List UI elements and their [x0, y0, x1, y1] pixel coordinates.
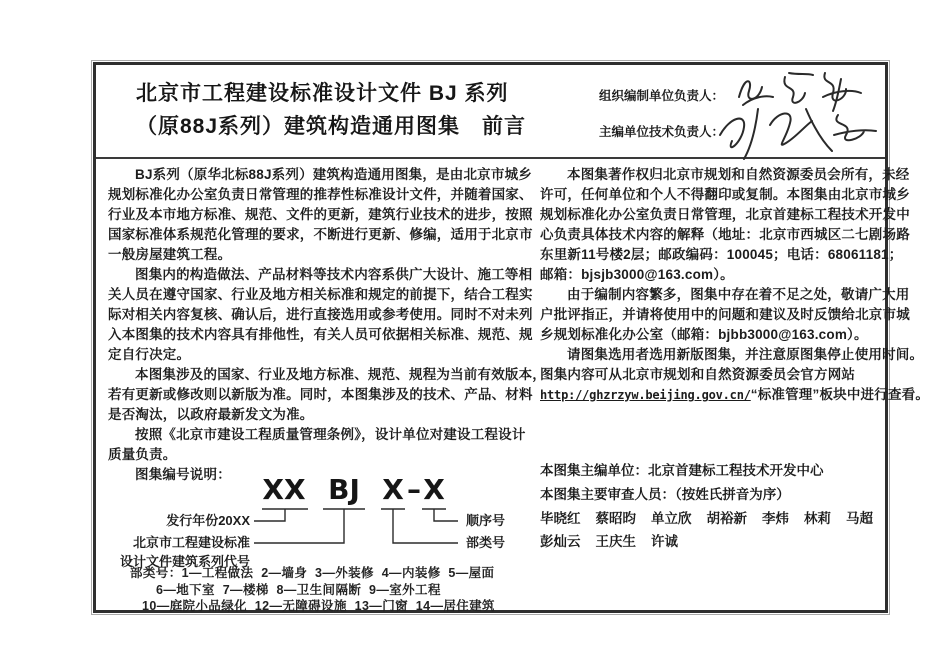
reviewer-name: 单立欣	[651, 509, 692, 529]
code-dash: –	[407, 475, 421, 505]
text-line: 图集内的构造做法、产品材料等技术内容系供广大设计、施工等相	[108, 265, 536, 285]
text-line: 邮箱：bjsjb3000@163.com）。	[540, 265, 880, 285]
reviewer-name: 马超	[846, 509, 873, 529]
reviewer-name-list: 毕晓红蔡昭昀单立欣胡裕新李炜林莉马超彭灿云王庆生许诚	[540, 509, 884, 552]
text-line: 许可，任何单位和个人不得翻印或复制。本图集由北京市城乡	[540, 185, 880, 205]
text-line: BJ系列（原华北标88J系列）建筑构造通用图集，是由北京市城乡	[108, 165, 536, 185]
text-line: 图集内容可从北京市规划和自然资源委员会官方网站	[540, 365, 880, 385]
text-line: 本图集涉及的国家、行业及地方标准、规范、规程为当前有效版本，	[108, 365, 536, 385]
code-series-token: BJ	[321, 475, 367, 505]
diagram-label-series-line1: 北京市工程建设标准	[96, 534, 250, 552]
right-column: 本图集著作权归北京市规划和自然资源委员会所有，未经许可，任何单位和个人不得翻印或…	[540, 165, 880, 405]
text-line: 请图集选用者选用新版图集，并注意原图集停止使用时间。	[540, 345, 880, 365]
paragraph-quality-responsibility: 按照《北京市建设工程质量管理条例》，设计单位对建设工程设计质量负责。	[108, 425, 536, 465]
diagram-label-category: 部类号	[466, 534, 505, 552]
reviewer-name: 蔡昭昀	[596, 509, 637, 529]
document-frame: 北京市工程建设标准设计文件 BJ 系列 （原88J系列）建筑构造通用图集 前言 …	[93, 62, 888, 613]
left-column: BJ系列（原华北标88J系列）建筑构造通用图集，是由北京市城乡规划标准化办公室负…	[108, 165, 536, 485]
text-line: 质量负责。	[108, 445, 536, 465]
title-line-2: （原88J系列）建筑构造通用图集 前言	[136, 110, 526, 143]
text-line: 定自行决定。	[108, 345, 536, 365]
website-line-suffix: “标准管理”板块中进行查看。	[751, 387, 929, 402]
chief-editor-unit-line: 本图集主编单位：北京首建标工程技术开发中心	[540, 461, 824, 481]
category-legend-line-2: 6—地下室 7—楼梯 8—卫生间隔断 9—室外工程	[156, 582, 441, 599]
diagram-label-year: 发行年份20XX	[96, 512, 250, 530]
text-line: 乡规划标准化办公室（邮箱：bjbb3000@163.com）。	[540, 325, 880, 345]
category-legend-line-1: 部类号：1—工程做法 2—墙身 3—外装修 4—内装修 5—屋面	[130, 565, 494, 582]
text-line: 本图集著作权归北京市规划和自然资源委员会所有，未经	[540, 165, 880, 185]
text-line: 一般房屋建筑工程。	[108, 245, 536, 265]
website-line: http://ghzrzyw.beijing.gov.cn/“标准管理”板块中进…	[540, 385, 880, 405]
diagram-label-sequence: 顺序号	[466, 512, 505, 530]
text-line: 东里新11号楼2层；邮政编码：100045；电话：68061181；	[540, 245, 880, 265]
text-line: 行业及本市地方标准、规范、文件的更新，建筑行业技术的进步，按照	[108, 205, 536, 225]
text-line: 是否淘汰，以政府最新发文为准。	[108, 405, 536, 425]
reviewer-name: 胡裕新	[707, 509, 748, 529]
chief-unit-responsible-label: 主编单位技术负责人：	[599, 122, 724, 140]
chief-signature-icon	[714, 101, 882, 161]
paragraph-standards-validity: 本图集涉及的国家、行业及地方标准、规范、规程为当前有效版本，若有更新或修改则以新…	[108, 365, 536, 425]
text-line: 若有更新或修改则以新版为准。同时，本图集涉及的技术、产品、材料	[108, 385, 536, 405]
text-line: 际对相关内容复核、确认后，进行直接选用或参考使用。同时不对未列	[108, 305, 536, 325]
text-line: 户批评指正，并请将使用中的问题和建议及时反馈给北京市城	[540, 305, 880, 325]
code-sequence-placeholder: X	[421, 475, 447, 505]
title-line-1: 北京市工程建设标准设计文件 BJ 系列	[136, 77, 526, 110]
text-line: 由于编制内容繁多，图集中存在着不足之处，敬请广大用	[540, 285, 880, 305]
text-line: 规划标准化办公室负责日常管理，北京首建标工程技术开发中	[540, 205, 880, 225]
paragraph-copyright: 本图集著作权归北京市规划和自然资源委员会所有，未经许可，任何单位和个人不得翻印或…	[540, 165, 880, 285]
org-unit-responsible-label: 组织编制单位负责人：	[599, 86, 724, 104]
code-category-placeholder: X	[379, 475, 407, 505]
document-header: 北京市工程建设标准设计文件 BJ 系列 （原88J系列）建筑构造通用图集 前言 …	[96, 65, 885, 159]
paragraph-series-intro: BJ系列（原华北标88J系列）建筑构造通用图集，是由北京市城乡规划标准化办公室负…	[108, 165, 536, 265]
reviewer-name: 彭灿云	[540, 532, 581, 552]
text-line: 规划标准化办公室负责日常管理的推荐性标准设计文件，并随着国家、	[108, 185, 536, 205]
reviewer-name: 毕晓红	[540, 509, 581, 529]
text-line: 国家标准体系规范化管理的要求，不断进行更新、修编，适用于北京市	[108, 225, 536, 245]
reviewer-name: 许诚	[651, 532, 678, 552]
paragraph-feedback: 由于编制内容繁多，图集中存在着不足之处，敬请广大用户批评指正，并请将使用中的问题…	[540, 285, 880, 345]
website-link[interactable]: http://ghzrzyw.beijing.gov.cn/	[540, 388, 751, 402]
reviewer-name: 林莉	[804, 509, 831, 529]
paragraph-usage: 图集内的构造做法、产品材料等技术内容系供广大设计、施工等相关人员在遵守国家、行业…	[108, 265, 536, 365]
text-line: 入本图集的技术内容具有排他性，有关人员可依据相关标准、规范、规	[108, 325, 536, 345]
reviewer-name: 王庆生	[596, 532, 637, 552]
reviewer-name: 李炜	[762, 509, 789, 529]
reviewers-label: 本图集主要审查人员：（按姓氏拼音为序）	[540, 485, 790, 505]
code-year-placeholder: XX	[261, 475, 307, 505]
text-line: 按照《北京市建设工程质量管理条例》，设计单位对建设工程设计	[108, 425, 536, 445]
paragraph-new-edition: 请图集选用者选用新版图集，并注意原图集停止使用时间。图集内容可从北京市规划和自然…	[540, 345, 880, 385]
text-line: 关人员在遵守国家、行业及地方相关标准和规定的前提下，结合工程实	[108, 285, 536, 305]
category-legend-line-3: 10—庭院小品绿化 12—无障碍设施 13—门窗 14—居住建筑	[142, 598, 495, 615]
text-line: 心负责具体技术内容的解释（地址：北京市西城区二七剧场路	[540, 225, 880, 245]
page-title: 北京市工程建设标准设计文件 BJ 系列 （原88J系列）建筑构造通用图集 前言	[136, 77, 526, 143]
